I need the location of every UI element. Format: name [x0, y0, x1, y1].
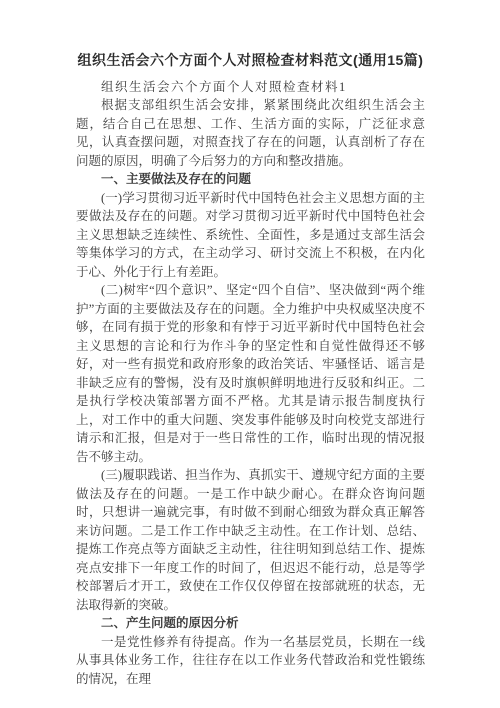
document-subtitle: 组织生活会六个方面个人对照检查材料1 — [76, 78, 425, 96]
document-page: 组织生活会六个方面个人对照检查材料范文(通用15篇) 组织生活会六个方面个人对照… — [0, 0, 500, 708]
paragraph-intro: 根据支部组织生活会安排，紧紧围绕此次组织生活会主题，结合自己在思想、工作、生活方… — [76, 96, 425, 170]
document-title: 组织生活会六个方面个人对照检查材料范文(通用15篇) — [76, 50, 425, 70]
paragraph-item-1: (一)学习贯彻习近平新时代中国特色社会主义思想方面的主要做法及存在的问题。对学习… — [76, 189, 425, 282]
paragraph-cause-analysis: 一是党性修养有待提高。作为一名基层党员，长期在一线从事具体业务工作，往往存在以工… — [76, 633, 425, 689]
paragraph-item-3: (三)履职践诺、担当作为、真抓实干、遵规守纪方面的主要做法及存在的问题。一是工作… — [76, 466, 425, 614]
section-heading-1: 一、主要做法及存在的问题 — [76, 170, 425, 189]
paragraph-item-2: (二)树牢“四个意识”、坚定“四个自信”、坚决做到“两个维护”方面的主要做法及存… — [76, 281, 425, 466]
section-heading-2: 二、产生问题的原因分析 — [76, 614, 425, 633]
page-background: { "document": { "title": "组织生活会六个方面个人对照检… — [0, 0, 500, 708]
